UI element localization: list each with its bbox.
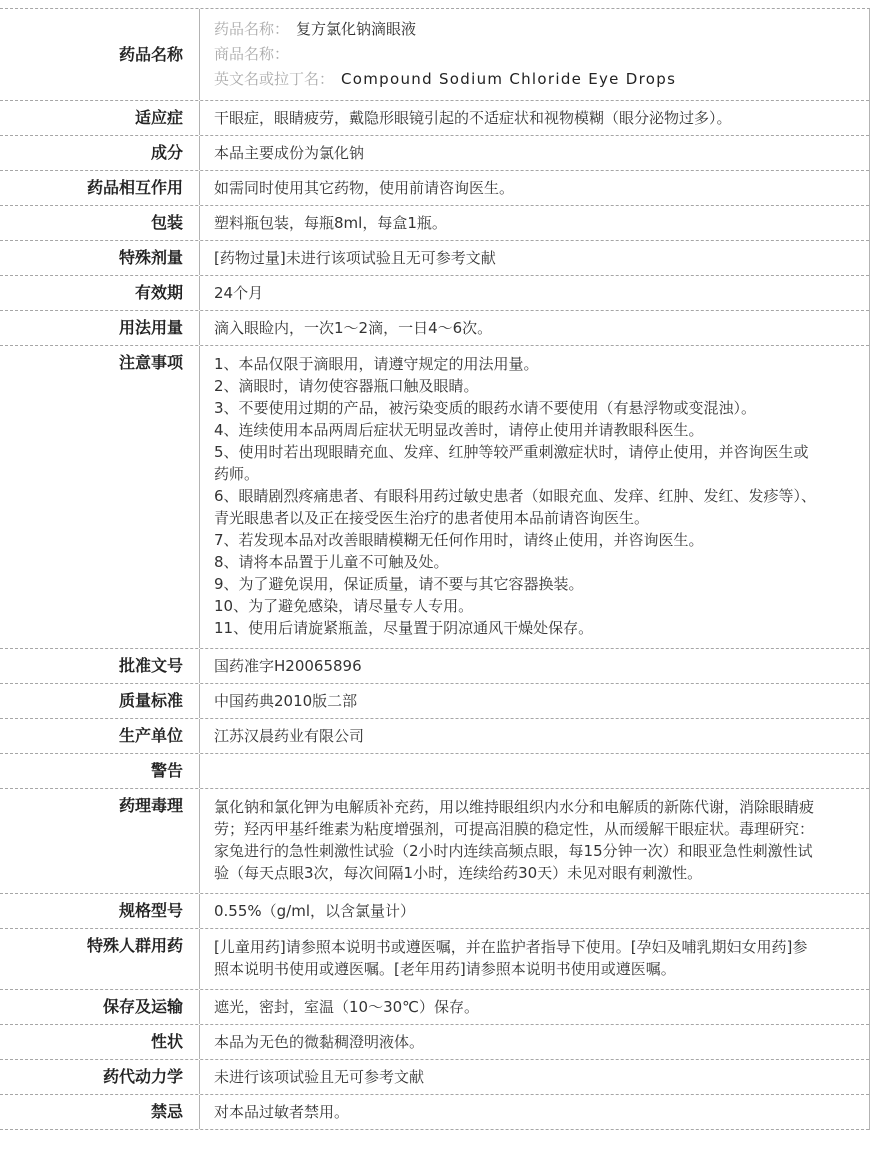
row-label-quality-standard: 质量标准 [0,684,200,718]
precaution-item-8: 8、请将本品置于儿童不可触及处。 [214,551,819,573]
table-row-packaging: 包装塑料瓶包装，每瓶8ml，每盒1瓶。 [0,206,869,241]
table-row-special-dosage: 特殊剂量[药物过量]未进行该项试验且无可参考文献 [0,241,869,276]
row-text-contraindications: 对本品过敏者禁用。 [214,1101,819,1123]
row-value-appearance: 本品为无色的微黏稠澄明液体。 [200,1025,869,1059]
row-text-appearance: 本品为无色的微黏稠澄明液体。 [214,1031,819,1053]
precaution-item-5: 5、使用时若出现眼睛充血、发痒、红肿等较严重刺激症状时，请停止使用，并咨询医生或… [214,441,819,485]
name-line-key: 英文名或拉丁名： [214,70,334,88]
row-label-dosage: 用法用量 [0,311,200,345]
row-text-shelf-life: 24个月 [214,282,819,304]
table-row-manufacturer: 生产单位江苏汉晨药业有限公司 [0,719,869,754]
precaution-item-4: 4、连续使用本品两周后症状无明显改善时，请停止使用并请教眼科医生。 [214,419,819,441]
table-row-specification: 规格型号0.55%（g/ml，以含氯量计） [0,894,869,929]
name-line-key: 商品名称： [214,45,289,63]
row-value-pharmacology-toxicology: 氯化钠和氯化钾为电解质补充药，用以维持眼组织内水分和电解质的新陈代谢，消除眼睛疲… [200,789,869,893]
row-text-packaging: 塑料瓶包装，每瓶8ml，每盒1瓶。 [214,212,819,234]
row-value-warning [200,754,869,788]
row-value-indications: 干眼症，眼睛疲劳，戴隐形眼镜引起的不适症状和视物模糊（眼分泌物过多）。 [200,101,869,135]
row-label-drug-interactions: 药品相互作用 [0,171,200,205]
table-row-dosage: 用法用量滴入眼睑内，一次1～2滴，一日4～6次。 [0,311,869,346]
row-label-warning: 警告 [0,754,200,788]
table-row-pharmacology-toxicology: 药理毒理氯化钠和氯化钾为电解质补充药，用以维持眼组织内水分和电解质的新陈代谢，消… [0,789,869,894]
row-value-packaging: 塑料瓶包装，每瓶8ml，每盒1瓶。 [200,206,869,240]
precaution-item-1: 1、本品仅限于滴眼用，请遵守规定的用法用量。 [214,353,819,375]
table-row-precautions: 注意事项1、本品仅限于滴眼用，请遵守规定的用法用量。2、滴眼时，请勿使容器瓶口触… [0,346,869,649]
row-text-pharmacology-toxicology: 氯化钠和氯化钾为电解质补充药，用以维持眼组织内水分和电解质的新陈代谢，消除眼睛疲… [214,796,819,884]
table-row-warning: 警告 [0,754,869,789]
row-label-special-dosage: 特殊剂量 [0,241,200,275]
row-value-ingredients: 本品主要成份为氯化钠 [200,136,869,170]
row-text-pharmacokinetics: 未进行该项试验且无可参考文献 [214,1066,819,1088]
row-label-shelf-life: 有效期 [0,276,200,310]
row-text-special-dosage: [药物过量]未进行该项试验且无可参考文献 [214,247,819,269]
table-row-pharmacokinetics: 药代动力学未进行该项试验且无可参考文献 [0,1060,869,1095]
table-row-quality-standard: 质量标准中国药典2010版二部 [0,684,869,719]
row-text-specification: 0.55%（g/ml，以含氯量计） [214,900,819,922]
table-row-special-populations: 特殊人群用药[儿童用药]请参照本说明书或遵医嘱，并在监护者指导下使用。[孕妇及哺… [0,929,869,990]
row-label-ingredients: 成分 [0,136,200,170]
precaution-item-7: 7、若发现本品对改善眼睛模糊无任何作用时，请终止使用，并咨询医生。 [214,529,819,551]
row-label-pharmacology-toxicology: 药理毒理 [0,789,200,893]
row-value-dosage: 滴入眼睑内，一次1～2滴，一日4～6次。 [200,311,869,345]
precaution-item-10: 10、为了避免感染，请尽量专人专用。 [214,595,819,617]
row-value-special-dosage: [药物过量]未进行该项试验且无可参考文献 [200,241,869,275]
name-line-key: 药品名称： [214,20,289,38]
row-text-quality-standard: 中国药典2010版二部 [214,690,819,712]
row-text-indications: 干眼症，眼睛疲劳，戴隐形眼镜引起的不适症状和视物模糊（眼分泌物过多）。 [214,107,819,129]
table-row-drug-interactions: 药品相互作用如需同时使用其它药物，使用前请咨询医生。 [0,171,869,206]
table-row-approval-number: 批准文号国药准字H20065896 [0,649,869,684]
table-row-contraindications: 禁忌对本品过敏者禁用。 [0,1095,869,1130]
row-value-approval-number: 国药准字H20065896 [200,649,869,683]
row-label-appearance: 性状 [0,1025,200,1059]
row-label-packaging: 包装 [0,206,200,240]
row-text-dosage: 滴入眼睑内，一次1～2滴，一日4～6次。 [214,317,819,339]
row-text-drug-interactions: 如需同时使用其它药物，使用前请咨询医生。 [214,177,819,199]
row-value-pharmacokinetics: 未进行该项试验且无可参考文献 [200,1060,869,1094]
row-value-drug-name: 药品名称：复方氯化钠滴眼液商品名称：英文名或拉丁名：Compound Sodiu… [200,9,869,100]
row-label-storage-transport: 保存及运输 [0,990,200,1024]
name-line-1: 商品名称： [214,42,819,67]
row-text-special-populations: [儿童用药]请参照本说明书或遵医嘱，并在监护者指导下使用。[孕妇及哺乳期妇女用药… [214,936,819,980]
name-line-value: Compound Sodium Chloride Eye Drops [341,70,676,88]
row-value-drug-interactions: 如需同时使用其它药物，使用前请咨询医生。 [200,171,869,205]
row-label-approval-number: 批准文号 [0,649,200,683]
table-row-indications: 适应症干眼症，眼睛疲劳，戴隐形眼镜引起的不适症状和视物模糊（眼分泌物过多）。 [0,101,869,136]
precaution-item-11: 11、使用后请旋紧瓶盖，尽量置于阴凉通风干燥处保存。 [214,617,819,639]
table-row-shelf-life: 有效期24个月 [0,276,869,311]
row-text-approval-number: 国药准字H20065896 [214,655,819,677]
row-value-special-populations: [儿童用药]请参照本说明书或遵医嘱，并在监护者指导下使用。[孕妇及哺乳期妇女用药… [200,929,869,989]
row-label-manufacturer: 生产单位 [0,719,200,753]
table-row-ingredients: 成分本品主要成份为氯化钠 [0,136,869,171]
row-value-contraindications: 对本品过敏者禁用。 [200,1095,869,1129]
row-label-indications: 适应症 [0,101,200,135]
row-label-drug-name: 药品名称 [0,9,200,100]
table-row-appearance: 性状本品为无色的微黏稠澄明液体。 [0,1025,869,1060]
row-label-contraindications: 禁忌 [0,1095,200,1129]
table-row-drug-name: 药品名称药品名称：复方氯化钠滴眼液商品名称：英文名或拉丁名：Compound S… [0,9,869,101]
row-value-precautions: 1、本品仅限于滴眼用，请遵守规定的用法用量。2、滴眼时，请勿使容器瓶口触及眼睛。… [200,346,869,648]
row-value-manufacturer: 江苏汉晨药业有限公司 [200,719,869,753]
name-line-2: 英文名或拉丁名：Compound Sodium Chloride Eye Dro… [214,67,819,92]
precaution-item-9: 9、为了避免误用，保证质量，请不要与其它容器换装。 [214,573,819,595]
row-label-special-populations: 特殊人群用药 [0,929,200,989]
row-value-specification: 0.55%（g/ml，以含氯量计） [200,894,869,928]
name-line-value: 复方氯化钠滴眼液 [296,20,416,38]
row-text-manufacturer: 江苏汉晨药业有限公司 [214,725,819,747]
name-line-0: 药品名称：复方氯化钠滴眼液 [214,17,819,42]
row-text-storage-transport: 遮光，密封，室温（10～30℃）保存。 [214,996,819,1018]
table-row-storage-transport: 保存及运输遮光，密封，室温（10～30℃）保存。 [0,990,869,1025]
precaution-item-2: 2、滴眼时，请勿使容器瓶口触及眼睛。 [214,375,819,397]
row-value-quality-standard: 中国药典2010版二部 [200,684,869,718]
precaution-item-6: 6、眼睛剧烈疼痛患者、有眼科用药过敏史患者（如眼充血、发痒、红肿、发红、发疹等）… [214,485,819,529]
row-value-shelf-life: 24个月 [200,276,869,310]
row-text-ingredients: 本品主要成份为氯化钠 [214,142,819,164]
row-label-pharmacokinetics: 药代动力学 [0,1060,200,1094]
row-label-precautions: 注意事项 [0,346,200,648]
row-label-specification: 规格型号 [0,894,200,928]
row-value-storage-transport: 遮光，密封，室温（10～30℃）保存。 [200,990,869,1024]
precaution-item-3: 3、不要使用过期的产品，被污染变质的眼药水请不要使用（有悬浮物或变混浊）。 [214,397,819,419]
drug-info-table: 药品名称药品名称：复方氯化钠滴眼液商品名称：英文名或拉丁名：Compound S… [0,8,870,1130]
